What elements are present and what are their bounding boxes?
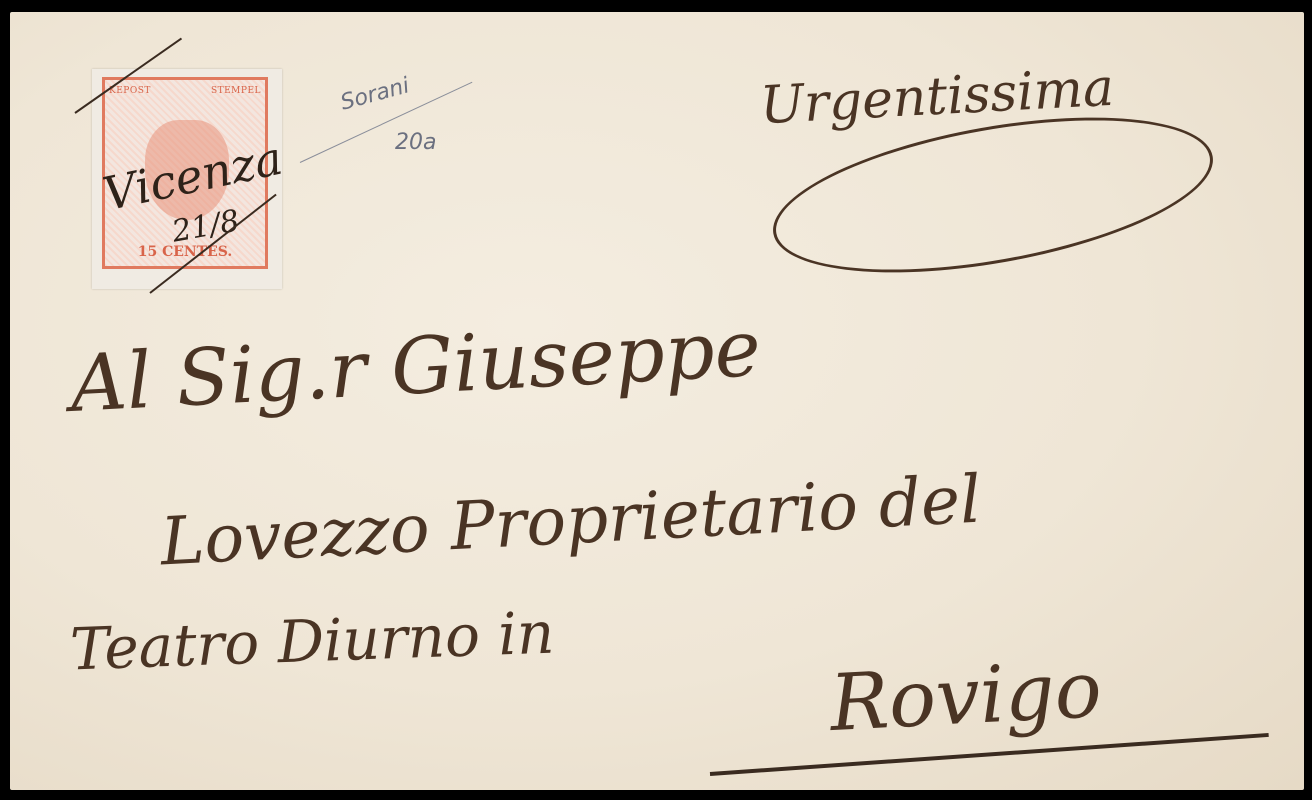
stamp-top-right: STEMPEL (211, 86, 261, 96)
envelope: KEPOST STEMPEL 15 CENTES. Vicenza 21/8 S… (10, 12, 1304, 790)
address-city: Rovigo (828, 645, 1104, 749)
pencil-signature: Sorani (338, 73, 412, 115)
address-line-3: Teatro Diurno in (69, 599, 555, 684)
stamp-top-left: KEPOST (109, 86, 151, 96)
pencil-catalog-number: 20a (395, 130, 436, 155)
address-line-2: Lovezzo Proprietario del (159, 461, 983, 581)
address-line-1: Al Sig.r Giuseppe (68, 304, 763, 430)
postage-stamp: KEPOST STEMPEL 15 CENTES. Vicenza 21/8 (92, 69, 282, 289)
stamp-top-text: KEPOST STEMPEL (109, 86, 261, 96)
